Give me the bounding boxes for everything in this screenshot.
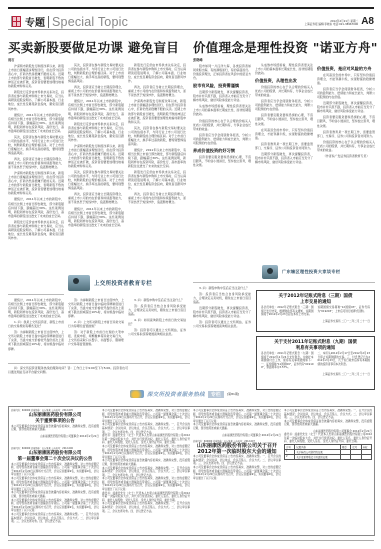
- paragraph: 再次，投资者应当树立长期投资理念，重视上市公司的内在价值和持续盈利能力，而不是热…: [128, 85, 186, 97]
- notice-body: 本公司及董事会全体成员保证公告内容真实、准确和完整。一、召开会议的基本情况：会议…: [284, 409, 372, 420]
- paragraph: 投资者要克服贪婪和恐惧的心理，不盲目跟风，不听信小道消息，坚持独立思考，理性决策…: [255, 113, 313, 125]
- notice-body: 委托书：兹委托先生（女士）代表本人出席山东丽康医药股份有限公司2012年第一次临…: [284, 433, 372, 444]
- notice-footer: 山东丽康医药股份有限公司董事会 2012年2月21日: [11, 434, 99, 438]
- subheading: 养成价值投资的好习惯: [193, 148, 251, 153]
- hotline-title: 深交所投资者服务热线: [147, 390, 205, 398]
- notice-body: 二、本所从2012年2月17日至2012年2月23日停止该期国债的交易。三、付息…: [318, 352, 371, 370]
- divider: [48, 16, 49, 28]
- notice-proxy-form: 本公司及董事会全体成员保证公告内容真实、准确和完整。一、召开会议的基本情况：会议…: [284, 409, 372, 533]
- hotline-qa-text: 问：深交所投资者服务热线的服务时间？答：工作日上午9:00至下午5:00。投资者…: [8, 366, 128, 386]
- paragraph: 再次，投资者应当树立长期投资理念，重视上市公司的内在价值和持续盈利能力，而不是热…: [68, 85, 124, 97]
- paragraph: 在风高浪急的市场中，只有坚持价值投资理念，才能穿越牛熊，实现财富的稳健增值。: [255, 128, 313, 140]
- notice-footer: 上海证券交易所 二〇一二年二月二十一日: [261, 372, 370, 376]
- paragraph: 沪深两市新股发行制度改革以来，新股上市首日涨幅逐步理性回归，但在部分投资者心中，…: [8, 171, 64, 195]
- notice-board-resolution: 证券代码：600000 证券简称：山东某某 公告编号：2012-006 山东丽康…: [11, 447, 99, 533]
- answer: 答：为抑制新股上市首日过度炒作，上交所对新股上市首日盘中临时停牌制度进行了完善，…: [8, 330, 64, 350]
- section-title-cn: 专题: [25, 14, 45, 29]
- answer: 答：对于新股上市首日出现的大笔申报、连续申报、频繁撤单等异常交易行为，上交所将采…: [68, 330, 124, 346]
- section-rule: [8, 363, 190, 364]
- notice-body: 本公司及董事会全体成员保证公告内容真实、准确和完整。一、召开会议的基本情况：会议…: [193, 455, 281, 466]
- investor-education-icon: [68, 275, 90, 291]
- paragraph: 从成熟市场经验看，理性投资者更关注上市公司的基本面和长期成长性，而非短期股价波动…: [193, 104, 251, 116]
- paragraph: 其次，投资者在参与新股交易时要关注公司的估值水平，与同行业上市公司进行比较，判断…: [68, 63, 124, 83]
- paragraph: 沪深两市新股发行制度改革以来，新股上市首日涨幅逐步理性回归，但在部分投资者心中，…: [8, 64, 64, 88]
- notice-footer: 上海证券交易所 二〇一二年二月二十一日: [261, 319, 370, 323]
- paragraph: 新股发行定价由市场供求关系决定，投资者在参与新股申购和上市交易时，应当认真研读招…: [128, 63, 186, 83]
- subheading: 价值投资，从理性出发: [255, 78, 313, 83]
- paragraph: 投资者应当学会阅读财务报表，分析公司的盈利能力、偿债能力和成长能力，判断公司股票…: [193, 133, 251, 145]
- answer: 答：投资者可以通过上交所网站、证券公司交易系统等渠道查询相关信息。: [128, 328, 186, 336]
- answer: 答：为抑制新股上市首日过度炒作，上交所对新股上市首日盘中临时停牌制度进行了完善，…: [68, 298, 124, 318]
- paragraph: 其次，投资者在参与新股交易时要关注公司的估值水平，与同行业上市公司进行比较，判断…: [128, 126, 186, 146]
- paragraph: 投资者应当学会阅读财务报表，分析公司的盈利能力、偿债能力和成长能力，判断公司股票…: [317, 87, 375, 99]
- paragraph: 从成熟市场经验看，理性投资者更关注上市公司的基本面和长期成长性，而非短期股价波动…: [255, 63, 313, 75]
- notice-body: 本公司及董事会全体成员保证公告内容真实、准确和完整。一、召开会议的基本情况：会议…: [102, 423, 190, 434]
- investor-education-icon: [262, 265, 278, 279]
- paragraph: 股市如同一片汪洋大海，各类投资者如同乘船出海，有的满载而归，有的铩羽而归。价值投…: [193, 64, 251, 80]
- paragraph: 据统计，2011年以来上市的新股中，有相当比例上市首日即告破发，部分新股随后持续…: [68, 207, 124, 227]
- editor-line: 上海证券报 编辑:李晓东 电话:021-38967000: [305, 23, 359, 27]
- paragraph: 据统计，2011年以来上市的新股中，有相当比例上市首日即告破发，部分新股随后持续…: [128, 148, 186, 168]
- qa-col-2: 答：为抑制新股上市首日过度炒作，上交所对新股上市首日盘中临时停牌制度进行了完善，…: [68, 298, 124, 360]
- notice-body: 本公司及董事会全体成员保证公告内容真实、准确和完整，对公告的虚假记载、误导性陈述…: [102, 409, 190, 423]
- gd-qa-col: 3. 问：新股申购中签后应当注意什么？ 答：投资者应当结合自身风险承受能力，合理…: [193, 286, 251, 361]
- notice-body: 本公司及董事会全体成员保证公告内容真实、准确和完整，对公告的虚假记载、误导性陈述…: [11, 477, 99, 491]
- paragraph: 投资者教育是一项长期工作，需要监管部门、交易所、证券公司和投资者共同努力。: [317, 130, 375, 138]
- hotline-issue: [第81期]: [227, 392, 239, 396]
- notice-body: 本公司及董事会全体成员保证公告内容真实、准确和完整，对公告的虚假记载、误导性陈述…: [193, 466, 281, 480]
- paragraph: 沪深两市新股发行制度改革以来，新股上市首日涨幅逐步理性回归，但在部分投资者心中，…: [128, 99, 186, 123]
- gd-column-banner: 广东辖区理性投资大家谈专栏: [262, 262, 376, 282]
- banner-rule: [8, 294, 64, 295]
- question: 4. 问：如何查询新股上市首日的交易信息？: [128, 318, 186, 326]
- notice-body: 本公司及董事会全体成员保证公告内容真实、准确和完整，对公告的虚假记载、误导性陈述…: [11, 463, 99, 477]
- paragraph: 新股发行定价由市场供求关系决定，投资者在参与新股申购和上市交易时，应当认真研读招…: [8, 220, 64, 240]
- answer: 答：投资者应当结合自身风险承受能力，合理决定买卖时机，避免在上市首日盲目追高。: [128, 304, 186, 316]
- paragraph: 投资者要克服贪婪和恐惧的心理，不盲目跟风，不听信小道消息，坚持独立思考，理性决策…: [193, 155, 251, 167]
- paragraph: 据统计，2011年以来上市的新股中，有相当比例上市首日即告破发，部分新股随后持续…: [68, 99, 124, 119]
- paragraph: 其次，投资者在参与新股交易时要关注公司的估值水平，与同行业上市公司进行比较，判断…: [8, 135, 64, 155]
- section-title-en: Special Topic: [52, 15, 128, 29]
- article-right-col-2: 从成熟市场经验看，理性投资者更关注上市公司的基本面和长期成长性，而非短期股价波动…: [255, 63, 313, 240]
- sse-column-banner: 上交所投资者教育专栏: [68, 272, 188, 294]
- hotline-badge: 专栏: [208, 391, 224, 398]
- paragraph: 问：深交所投资者服务热线的服务时间？答：工作日上午9:00至下午5:00。投资者…: [8, 366, 128, 374]
- bottom-rule: [8, 540, 374, 541]
- article-right-col-3: 价值投资，是应对风险的方舟 在风高浪急的市场中，只有坚持价值投资理念，才能穿越牛…: [317, 63, 375, 263]
- hotline-banner: 深交所投资者服务热线 专栏 [第81期]: [130, 388, 255, 400]
- paragraph: 据统计，2011年以来上市的新股中，有相当比例上市首日即告破发，部分新股随后持续…: [8, 113, 64, 133]
- answer: 答：投资者可以通过上交所网站、证券公司交易系统等渠道查询相关信息。: [193, 320, 251, 328]
- voting-table: 序号 议案名称 同意 反对 弃权 1 关于修改公司章程的议案 2 关于变更募集资…: [284, 444, 372, 460]
- paragraph: 投资者教育是一项长期工作，需要监管部门、交易所、证券公司和投资者共同努力。: [255, 142, 313, 150]
- question: 1. 问：我是上交所投资者，新股上市首日的交易规则有哪些变化？: [8, 320, 64, 328]
- article-left-col-2: 其次，投资者在参与新股交易时要关注公司的估值水平，与同行业上市公司进行比较，判断…: [68, 63, 124, 268]
- notice-body: 本公司及董事会全体成员保证公告内容真实、准确和完整。一、召开会议的基本情况：会议…: [102, 502, 190, 513]
- notice-body: 该期国债交易简称"12国债03"，证券代码为"019203"，上市后可进行质押式…: [318, 306, 371, 317]
- paragraph: 近期部分新股破发，再次提醒投资者，股市并非只涨不跌，投资者入市前应当充分了解市场…: [317, 101, 375, 113]
- notice-body: 本公司及董事会全体成员保证信息披露内容的真实、准确和完整，没有虚假记载、误导性陈…: [193, 423, 281, 430]
- notice-bond-interest: 关于支付2011年记账式附息（九期）国债 利息有关事项的通知 各会员单位：201…: [256, 336, 375, 390]
- headline-left[interactable]: 买卖新股要做足功课 避免盲目: [8, 38, 179, 56]
- top-rule: [8, 7, 374, 9]
- notice-body: 本公司及董事会全体成员保证公告内容真实、准确和完整，对公告的虚假记载、误导性陈述…: [102, 445, 190, 459]
- paragraph: 价值投资的核心在于以合理的价格买入优质公司的股票，并长期持有，分享企业成长带来的…: [255, 85, 313, 97]
- question: 2. 问：上交所对新股上市首日异常交易行为有哪些监管措施？: [68, 320, 124, 328]
- paragraph: 在风高浪急的市场中，只有坚持价值投资理念，才能穿越牛熊，实现财富的稳健增值。: [317, 73, 375, 85]
- paragraph: 其次，投资者在参与新股交易时要关注公司的估值水平，与同行业上市公司进行比较，判断…: [68, 170, 124, 190]
- paragraph: 价值投资的核心在于以合理的价格买入优质公司的股票，并长期持有，分享企业成长带来的…: [193, 119, 251, 131]
- notice-title: 第一届董事会第二十次会议决议的公告: [11, 457, 99, 463]
- header-meta: 2012年2月21日 星期二 上海证券报 编辑:李晓东 电话:021-38967…: [305, 16, 374, 27]
- qa-col-3: 3. 问：新股申购中签后应当注意什么？ 答：投资者应当结合自身风险承受能力，合理…: [128, 298, 186, 360]
- paragraph: 据统计，2011年以来上市的新股中，有相当比例上市首日即告破发，部分新股随后持续…: [8, 298, 64, 318]
- paragraph: 投资者要克服贪婪和恐惧的心理，不盲目跟风，不听信小道消息，坚持独立思考，理性决策…: [317, 115, 375, 127]
- notice-body: 本公司及董事会全体成员保证公告内容真实、准确和完整。一、召开会议的基本情况：会议…: [11, 513, 99, 524]
- paragraph: 再次，投资者应当树立长期投资理念，重视上市公司的内在价值和持续盈利能力，而不是热…: [68, 192, 124, 204]
- banner-title: 广东辖区理性投资大家谈专栏: [282, 269, 340, 275]
- paragraph: 新股发行定价由市场供求关系决定，投资者在参与新股申购和上市交易时，应当认真研读招…: [8, 90, 64, 110]
- paragraph: 近期部分新股破发，再次提醒投资者，股市并非只涨不跌，投资者入市前应当充分了解市场…: [193, 306, 251, 318]
- notice-body: 委托书：兹委托先生（女士）代表本人出席山东丽康医药股份有限公司2012年第一次临…: [102, 492, 190, 503]
- notice-body: 本公司及董事会全体成员保证公告内容真实、准确和完整，对公告的虚假记载、误导性陈述…: [11, 499, 99, 513]
- notice-body: 各会员单位：2011年记账式附息（九期）国债将于2012年2月24日支付利息。为…: [261, 352, 314, 370]
- table-row: 2 关于变更募集资金用途的议案: [285, 454, 372, 459]
- notice-important-matters: 证券代码：600000 证券简称：山东某某 公告编号：2012-005 山东丽康…: [11, 409, 99, 445]
- paragraph: 价值投资的核心在于以合理的价格买入优质公司的股票，并长期持有，分享企业成长带来的…: [317, 140, 375, 152]
- paragraph: 沪深两市新股发行制度改革以来，新股上市首日涨幅逐步理性回归，但在部分投资者心中，…: [68, 144, 124, 168]
- paragraph: 近期部分新股破发，再次提醒投资者，股市并非只涨不跌，投资者入市前应当充分了解市场…: [255, 152, 313, 164]
- question: 3. 问：新股申购中签后应当注意什么？: [128, 298, 186, 302]
- paragraph: 新股发行定价由市场供求关系决定，投资者在参与新股申购和上市交易时，应当认真研读招…: [128, 170, 186, 190]
- page-header: 专题 Special Topic 2012年2月21日 星期二 上海证券报 编辑…: [8, 14, 374, 30]
- hotline-logo-icon: [130, 390, 144, 398]
- notice-body: 本公司及董事会全体成员保证信息披露内容的真实、准确和完整，没有虚假记载、误导性陈…: [102, 459, 190, 466]
- notice-body: 委托书：兹委托先生（女士）代表本人出席山东丽康医药股份有限公司2012年第一次临…: [102, 434, 190, 445]
- paragraph: 新股发行定价由市场供求关系决定，投资者在参与新股申购和上市交易时，应当认真研读招…: [68, 122, 124, 142]
- notice-body: 本公司及董事会全体成员保证信息披露内容的真实、准确和完整，没有虚假记载、误导性陈…: [11, 425, 99, 432]
- author: 雨石: [8, 58, 64, 62]
- notice-board-resolution-cont: 本公司及董事会全体成员保证公告内容真实、准确和完整，对公告的虚假记载、误导性陈述…: [102, 409, 190, 533]
- author: 张晓峰: [193, 58, 251, 62]
- author-credit: （作者系广发证券投资者教育专员）: [317, 154, 375, 158]
- notice-body: 本公司及董事会全体成员保证信息披露内容的真实、准确和完整，没有虚假记载、误导性陈…: [11, 491, 99, 498]
- notice-body: 本公司及董事会全体成员保证公告内容真实、准确和完整。一、召开会议的基本情况：会议…: [102, 467, 190, 478]
- paragraph: 再次，投资者应当树立长期投资理念，重视上市公司的内在价值和持续盈利能力，而不是热…: [8, 157, 64, 169]
- newspaper-logo-icon: [11, 16, 21, 27]
- paragraph: 再次，投资者应当树立长期投资理念，重视上市公司的内在价值和持续盈利能力，而不是热…: [128, 192, 186, 204]
- answer: 答：投资者应当结合自身风险承受能力，合理决定买卖时机，避免在上市首日盲目追高。: [193, 292, 251, 304]
- paragraph: 投资者应当学会阅读财务报表，分析公司的盈利能力、偿债能力和成长能力，判断公司股票…: [255, 99, 313, 111]
- page-number: A8: [361, 16, 374, 27]
- subheading: 股市有风险，投资需谨慎: [193, 83, 251, 88]
- notice-body: 本公司及董事会全体成员保证公告内容真实、准确和完整，对公告的虚假记载、误导性陈述…: [193, 409, 281, 423]
- notice-body: 各会员单位：2012年记账式附息（三期）国债已发行结束，根据财政部有关通知，该期…: [261, 306, 314, 317]
- banner-title: 上交所投资者教育专栏: [94, 279, 152, 287]
- subheading: 价值投资，是应对风险的方舟: [317, 66, 375, 71]
- notice-footer: 山东丽康医药股份有限公司董事会 2012年2月21日: [193, 433, 281, 437]
- notice-bond-listing: 关于2012年记账式附息（三期）国债 上市交易的通知 各会员单位：2012年记账…: [256, 290, 375, 332]
- qa-col-1: 据统计，2011年以来上市的新股中，有相当比例上市首日即告破发，部分新股随后持续…: [8, 298, 64, 360]
- paragraph: 据统计，2011年以来上市的新股中，有相当比例上市首日即告破发，部分新股随后持续…: [8, 197, 64, 217]
- headline-right[interactable]: 价值理念是理性投资 "诺亚方舟": [193, 38, 378, 56]
- question: 3. 问：新股申购中签后应当注意什么？: [193, 286, 251, 290]
- article-left-col-3: 新股发行定价由市场供求关系决定，投资者在参与新股申购和上市交易时，应当认真研读招…: [128, 63, 186, 268]
- notice-body: 本公司及董事会全体成员保证公告内容真实、准确和完整，对公告的虚假记载、误导性陈述…: [102, 477, 190, 491]
- notice-body: 本公司及董事会全体成员保证信息披露内容的真实、准确和完整，没有虚假记载、误导性陈…: [284, 420, 372, 427]
- banner-rule: [193, 282, 375, 283]
- notice-shareholder-meeting: 本公司及董事会全体成员保证公告内容真实、准确和完整，对公告的虚假记载、误导性陈述…: [193, 409, 281, 533]
- paragraph: 近期部分新股破发，再次提醒投资者，股市并非只涨不跌，投资者入市前应当充分了解市场…: [193, 90, 251, 102]
- article-right-col-1: 张晓峰 股市如同一片汪洋大海，各类投资者如同乘船出海，有的满载而归，有的铩羽而归…: [193, 58, 251, 240]
- article-left-col-1: 雨石 沪深两市新股发行制度改革以来，新股上市首日涨幅逐步理性回归，但在部分投资者…: [8, 58, 64, 268]
